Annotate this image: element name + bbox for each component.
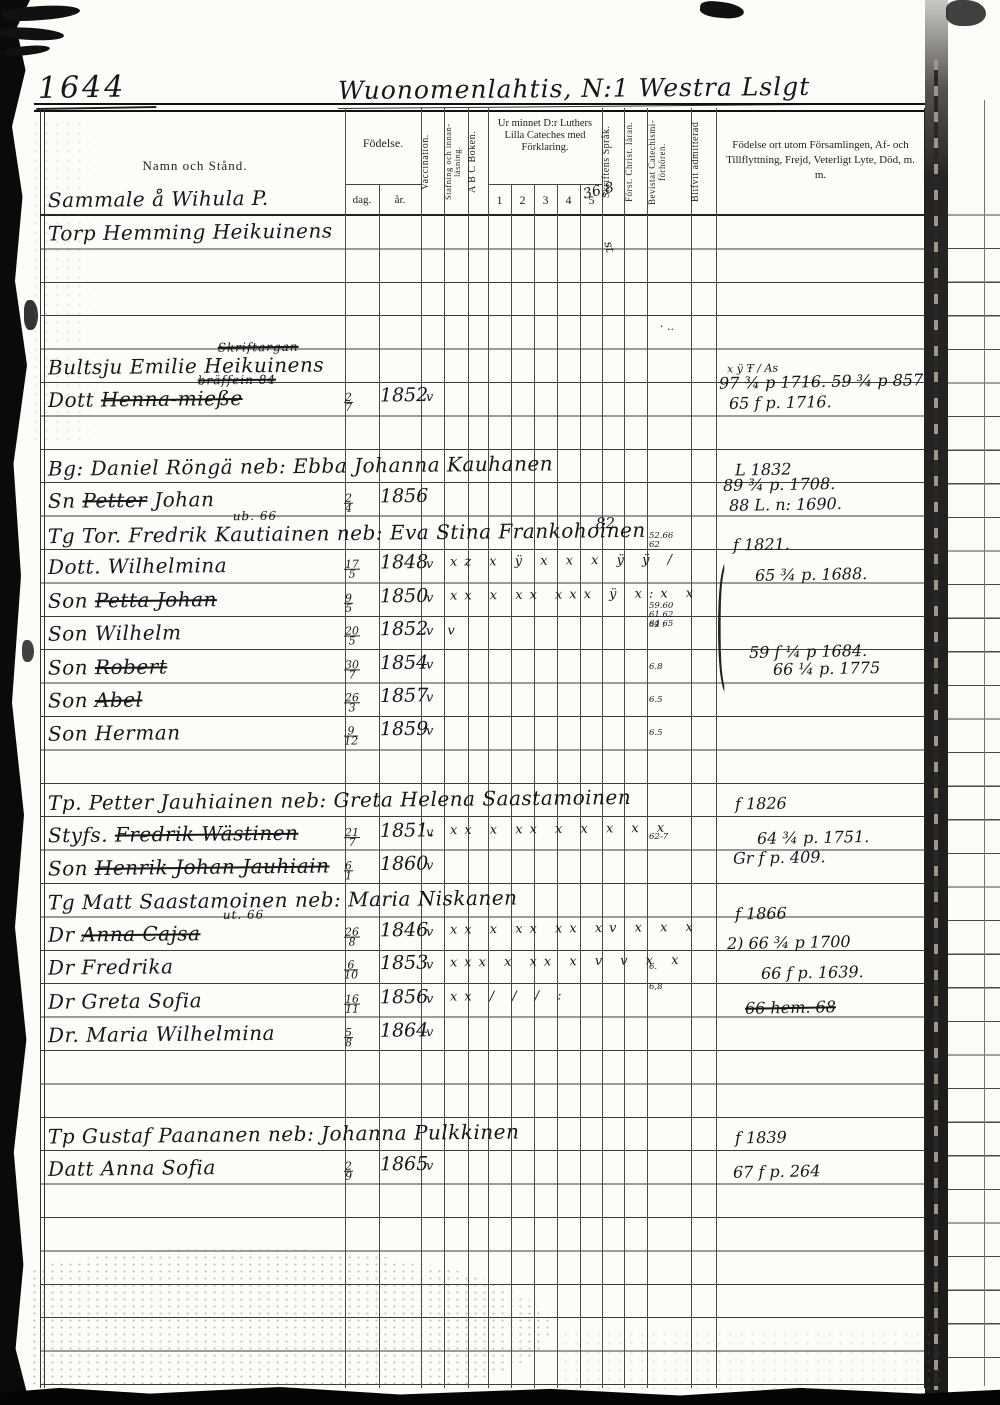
birth-year: 1854 [380,651,429,674]
entry-name: Tg Matt Saastamoinen neb: Maria Niskanen [48,886,518,915]
entry-row: Tp. Petter Jauhiainen neb: Greta Helena … [48,785,632,821]
entry-name: Styfs. Fredrik Wästinen [48,820,299,847]
exam-code: 6,8 [649,983,693,992]
birth-year: 1850 [380,585,429,608]
entry-row: Son Herman9121859v [48,721,181,752]
entry-row: Dott. Wilhelmina1751848vxz x ÿ x x x ÿ ÿ… [48,553,227,585]
vaccination-mark: v [426,1158,439,1173]
margin-annotation: 66 ¼ p. 1775 [773,658,880,679]
entry-row: Sn Petter Johan241856 [48,487,215,519]
vaccination-mark: v [426,690,439,705]
speckle-noise [30,120,90,440]
vaccination-mark: v [426,858,439,873]
birth-day: 268 [344,923,360,947]
margin-annotation: 88 L. n: 1690. [729,494,842,515]
margin-annotation: 97 ¾ p 1716. 59 ¾ p 857 [719,370,923,393]
birth-year: 1852 [380,384,429,407]
birth-year: 1857 [380,685,429,708]
catechism-marks: xx x xx x x x x x [450,820,671,837]
exam-code: 6. [649,963,693,972]
entry-row: Son Wilhelm2051852v v [48,620,182,651]
margin-annotation: f 1821. [733,535,790,555]
birth-day: 217 [344,824,360,848]
header-notes: Födelse ort utom Församlingen, Af- och T… [722,138,919,183]
catechism-col-number: 2 [511,193,534,208]
entry-row: Dr Greta Sofia16111856vxx / / / : [48,988,202,1020]
entry-name: Son Herman [48,721,181,746]
header-name: Namn och Stånd. [60,158,330,174]
interline-note: bräffein 84 [198,373,276,388]
vaccination-mark: v [426,557,439,572]
ink-smudge [946,0,986,26]
interline-note: Skriftargan [218,340,299,355]
exam-code: 6.5 [649,729,693,738]
interline-note: ut. 66 [223,907,265,921]
next-page-edge: ArBrSvImN,OmSonSonFrGuhinof 1L eL. CafSa… [948,0,1000,1386]
entry-row: Son Petta Johan951850vxx x xx xxx ÿ x:x … [48,587,217,619]
entry-name: Bg: Daniel Röngä neb: Ebba Johanna Kauha… [48,452,553,481]
birth-day: 27 [344,389,353,413]
entry-tail-note: 82 [596,514,615,532]
entry-name: Dr. Maria Wilhelmina [48,1021,275,1047]
entry-name: Son Petta Johan [48,587,217,613]
margin-annotation: 2) 66 ¾ p 1700 [727,932,851,953]
entry-name: Tp Gustaf Paananen neb: Johanna Pulkkine… [48,1120,520,1149]
entry-row: Dr Anna Cajsaut. 662681846vxx x xx xx xv… [48,921,201,953]
ink-brace: ( [716,546,726,708]
exam-code: 62-7 [649,833,693,842]
catechism-marks: xz x ÿ x x x ÿ ÿ / [450,553,679,570]
vaccination-mark: v [426,591,439,606]
birth-day: 205 [344,623,360,647]
entry-name: Dr Anna Cajsa [48,921,201,947]
stray-ink-mark: · .. [660,320,674,333]
header-vaccination: Vaccination. [421,112,444,212]
margin-annotation: f 1866 [735,904,787,924]
entry-row: Dr Fredrika6101853vxxx x xx x v v x x [48,955,174,986]
entry-name: Son Abel [48,688,143,713]
main-page: 1644 Wuonomenlahtis, N:1 Westra Lslgt Na… [0,0,1000,1405]
birth-year: 1864 [380,1019,429,1042]
birth-day: 307 [344,656,360,680]
margin-annotation: 65 ¾ p. 1688. [755,564,868,585]
birth-day: 58 [344,1024,353,1048]
entry-row: Tg Tor. Fredrik Kautiainen neb: Eva Stin… [48,518,646,554]
entry-row: Datt Anna Sofia291865v [48,1155,216,1187]
birth-year: 1853 [380,952,429,975]
birth-day: 1611 [344,990,360,1014]
margin-annotation: f 1839 [735,1128,787,1148]
exam-code: 6.8 [649,663,693,672]
birth-year: 1846 [380,919,429,942]
birth-year: 1860 [380,852,429,875]
header-abc: A B C Boken. [468,112,488,212]
binding-stitches [934,60,938,1390]
entry-row: Bg: Daniel Röngä neb: Ebba Johanna Kauha… [48,452,553,487]
margin-annotation: 67 f p. 264 [733,1161,821,1182]
entry-name: Tp. Petter Jauhiainen neb: Greta Helena … [48,785,631,815]
birth-year: 1859 [380,718,429,741]
margin-annotation: 65 f p. 1716. [729,392,832,413]
vaccination-mark: v [426,1025,439,1040]
entry-name: Son Wilhelm [48,620,182,645]
catechism-col-number: 4 [557,193,580,208]
birth-day: 61 [344,857,353,881]
entry-row: Son Henrik Johan Jauhiain611860v [48,854,330,887]
catechism-col-number: 3 [534,193,557,208]
entry-name: Torp Hemming Heikuinens [48,219,333,246]
header-attended: Bevistat Catechismi-förhören. [647,112,691,212]
entry-name: Dr Fredrika [48,955,174,980]
entry-row: Dr. Maria Wilhelmina581864v [48,1021,275,1053]
birth-day: 610 [344,957,358,981]
entry-row: Tp Gustaf Paananen neb: Johanna Pulkkine… [48,1120,520,1155]
entry-name: Tg Tor. Fredrik Kautiainen neb: Eva Stin… [48,518,646,548]
entry-row: Torp Hemming Heikuinens [48,219,333,252]
catechism-marks: xx x xx xx xv x x x [450,920,700,938]
margin-annotation: 66 hem. 68 [745,997,836,1018]
next-page-rules [948,182,1000,1386]
catechism-col-number: 1 [488,193,511,208]
birth-day: 263 [344,689,360,713]
margin-annotation: Gr f p. 409. [733,847,826,868]
vaccination-mark: v [426,825,439,840]
header-birth-year: år. [379,194,421,206]
header-admitted: Blifvit admitterad [691,112,716,212]
birth-year: 1852 [380,618,429,641]
entry-name: Datt Anna Sofia [48,1155,216,1181]
birth-year: 1856 [380,484,429,507]
margin-annotation: f 1826 [735,794,787,814]
scanned-parish-register: { "page": { "number": "1644", "title": "… [0,0,1000,1405]
header-catechism: Ur minnet D:r Luthers Lilla Cateches med… [490,118,600,154]
next-page-column-line [984,100,985,1386]
header-christian: Först. Christ. läran. [624,112,647,212]
birth-year: 1856 [380,985,429,1008]
entry-name: Dr Greta Sofia [48,988,202,1014]
catechism-split-rule [488,184,602,185]
vaccination-mark: v [426,925,439,940]
vaccination-mark: v [426,657,439,672]
vaccination-mark: v [426,991,439,1006]
exam-code: 6.5 [649,696,693,705]
exam-code: 62 : [649,621,693,630]
entry-name: Son Robert [48,654,168,679]
exam-code: 52.66 62 [649,532,693,550]
header-spelling: Stafning och innan-läsning. [444,112,468,212]
birth-year: 1848 [380,551,429,574]
entry-row: Styfs. Fredrik Wästinen2171851.vxx x xx … [48,820,299,853]
ink-smudge [22,640,34,662]
catechism-marks: xx / / / : [450,988,569,1004]
entry-row: Tg Matt Saastamoinen neb: Maria Niskanen [48,886,518,921]
margin-annotation: 89 ¾ p. 1708. [723,474,836,495]
interline-note: ub. 66 [233,509,277,523]
vaccination-mark: v [426,390,439,405]
entry-row: Son Robert3071854v [48,654,168,685]
entry-row: Son Abel2631857v [48,688,143,719]
entry-name: Dott. Wilhelmina [48,553,227,579]
header-birth-day: dag. [345,194,379,206]
speckle-noise [560,1330,940,1390]
header-birth: Födelse. [345,136,421,151]
entry-name: Son Henrik Johan Jauhiain [48,854,330,881]
birth-day: 24 [344,489,353,513]
table-top-border [34,103,926,112]
book-binding [925,0,948,1405]
vaccination-mark: v [426,958,439,973]
birth-day: 95 [344,589,353,613]
birth-day: 912 [344,723,358,747]
vaccination-mark: v [426,724,439,739]
birth-day: 175 [344,556,360,580]
margin-annotation: 64 ¾ p. 1751. [757,827,870,848]
birth-day: 29 [344,1157,353,1181]
vaccination-mark: v v [426,624,460,639]
entry-name: Sn Petter Johan [48,487,215,513]
birth-year: 1865 [380,1152,429,1175]
margin-annotation: 66 f p. 1639. [761,962,864,983]
birth-split-rule [345,184,421,185]
